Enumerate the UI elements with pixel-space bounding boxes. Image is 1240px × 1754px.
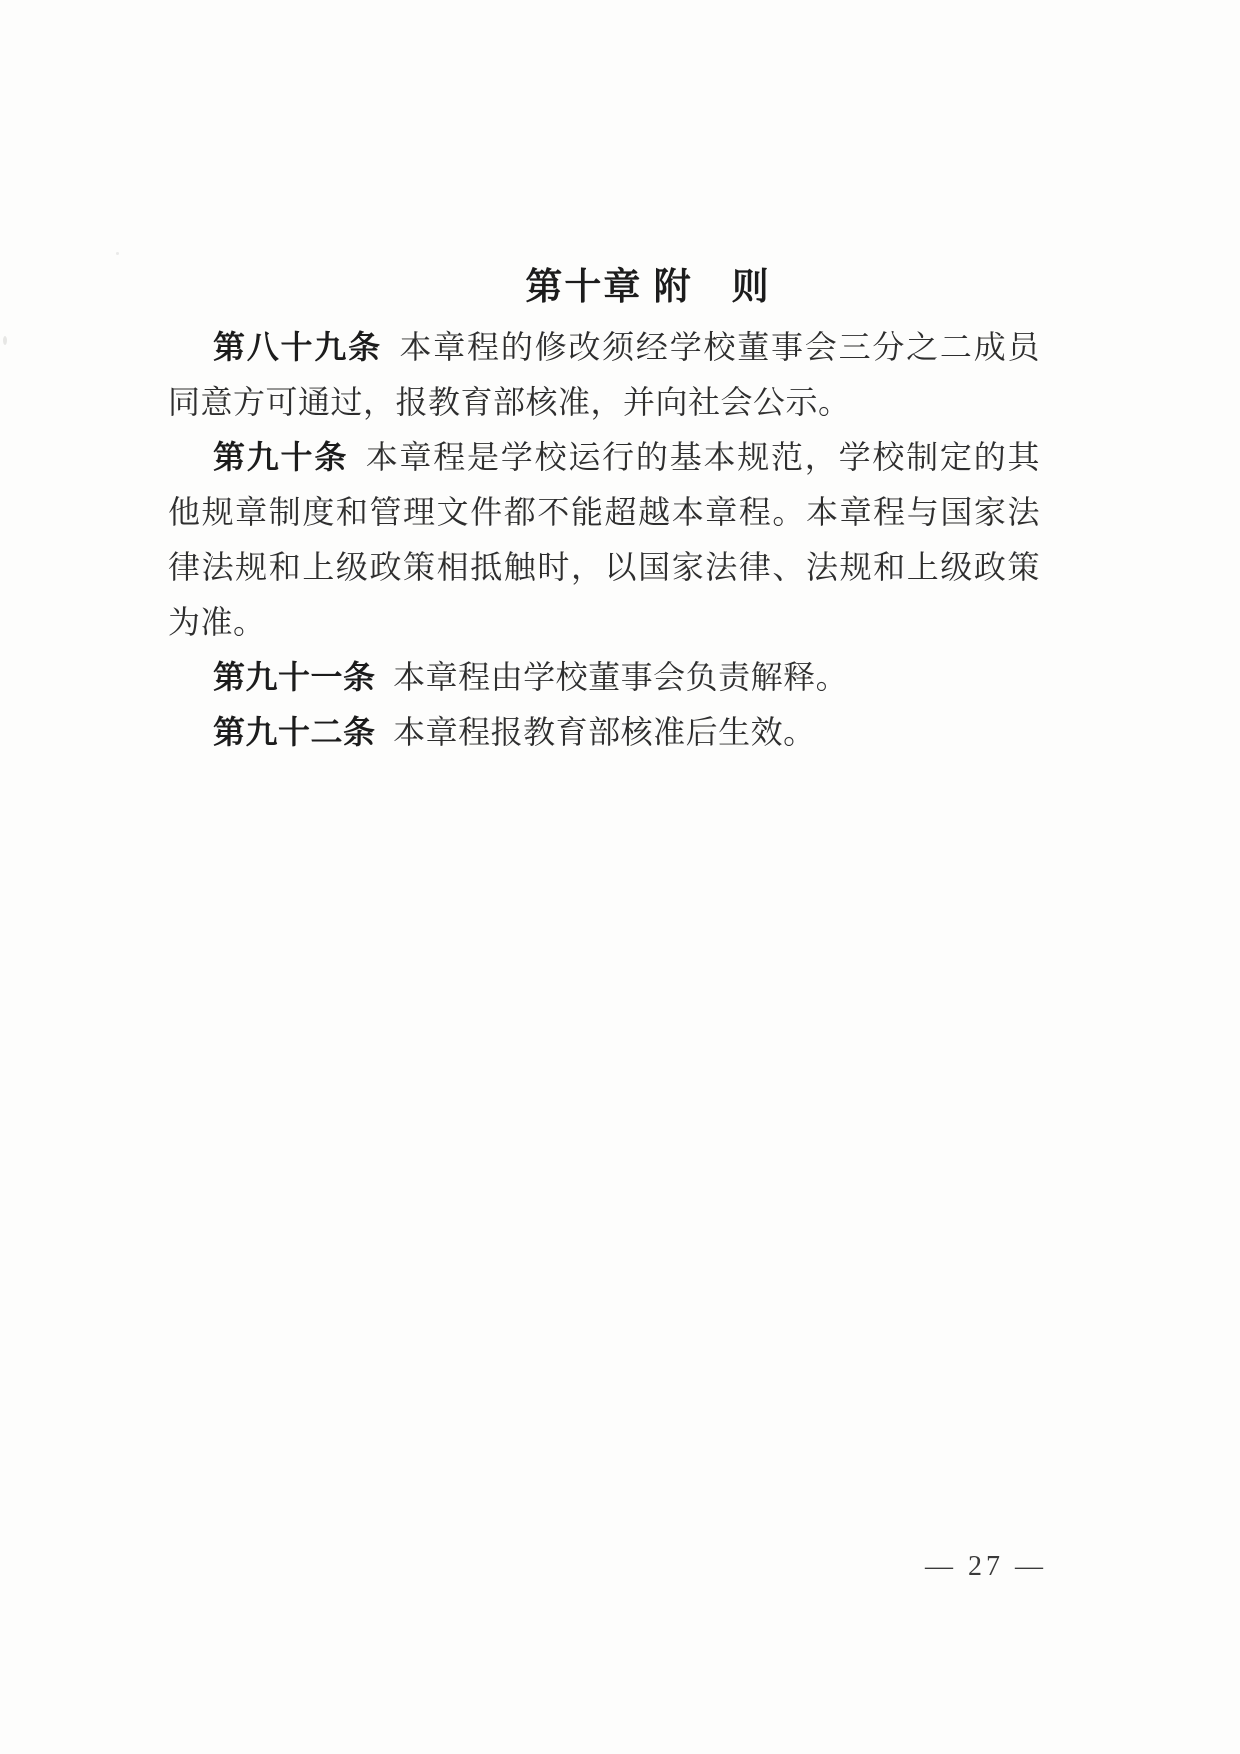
document-page: 第十章 附 则 第八十九条本章程的修改须经学校董事会三分之二成员同意方可通过，报… [0,0,1240,1754]
article-paragraph: 第九十条本章程是学校运行的基本规范，学校制定的其他规章制度和管理文件都不能超越本… [168,430,1040,650]
article-number: 第九十一条 [213,659,376,695]
article-paragraph: 第八十九条本章程的修改须经学校董事会三分之二成员同意方可通过，报教育部核准，并向… [168,320,1040,430]
article-number: 第九十二条 [213,714,376,750]
article-number: 第九十条 [213,439,348,475]
article-number: 第八十九条 [213,329,382,365]
article-paragraph: 第九十一条本章程由学校董事会负责解释。 [168,650,1040,705]
page-number: — 27 — [925,1550,1047,1584]
article-text: 本章程报教育部核准后生效。 [393,714,816,750]
scan-speck [116,252,119,255]
article-text: 本章程由学校董事会负责解释。 [393,659,848,695]
scan-speck [3,336,7,345]
article-paragraph: 第九十二条本章程报教育部核准后生效。 [168,705,1040,760]
document-body: 第十章 附 则 第八十九条本章程的修改须经学校董事会三分之二成员同意方可通过，报… [168,266,1040,760]
chapter-title: 第十章 附 则 [168,266,1040,310]
